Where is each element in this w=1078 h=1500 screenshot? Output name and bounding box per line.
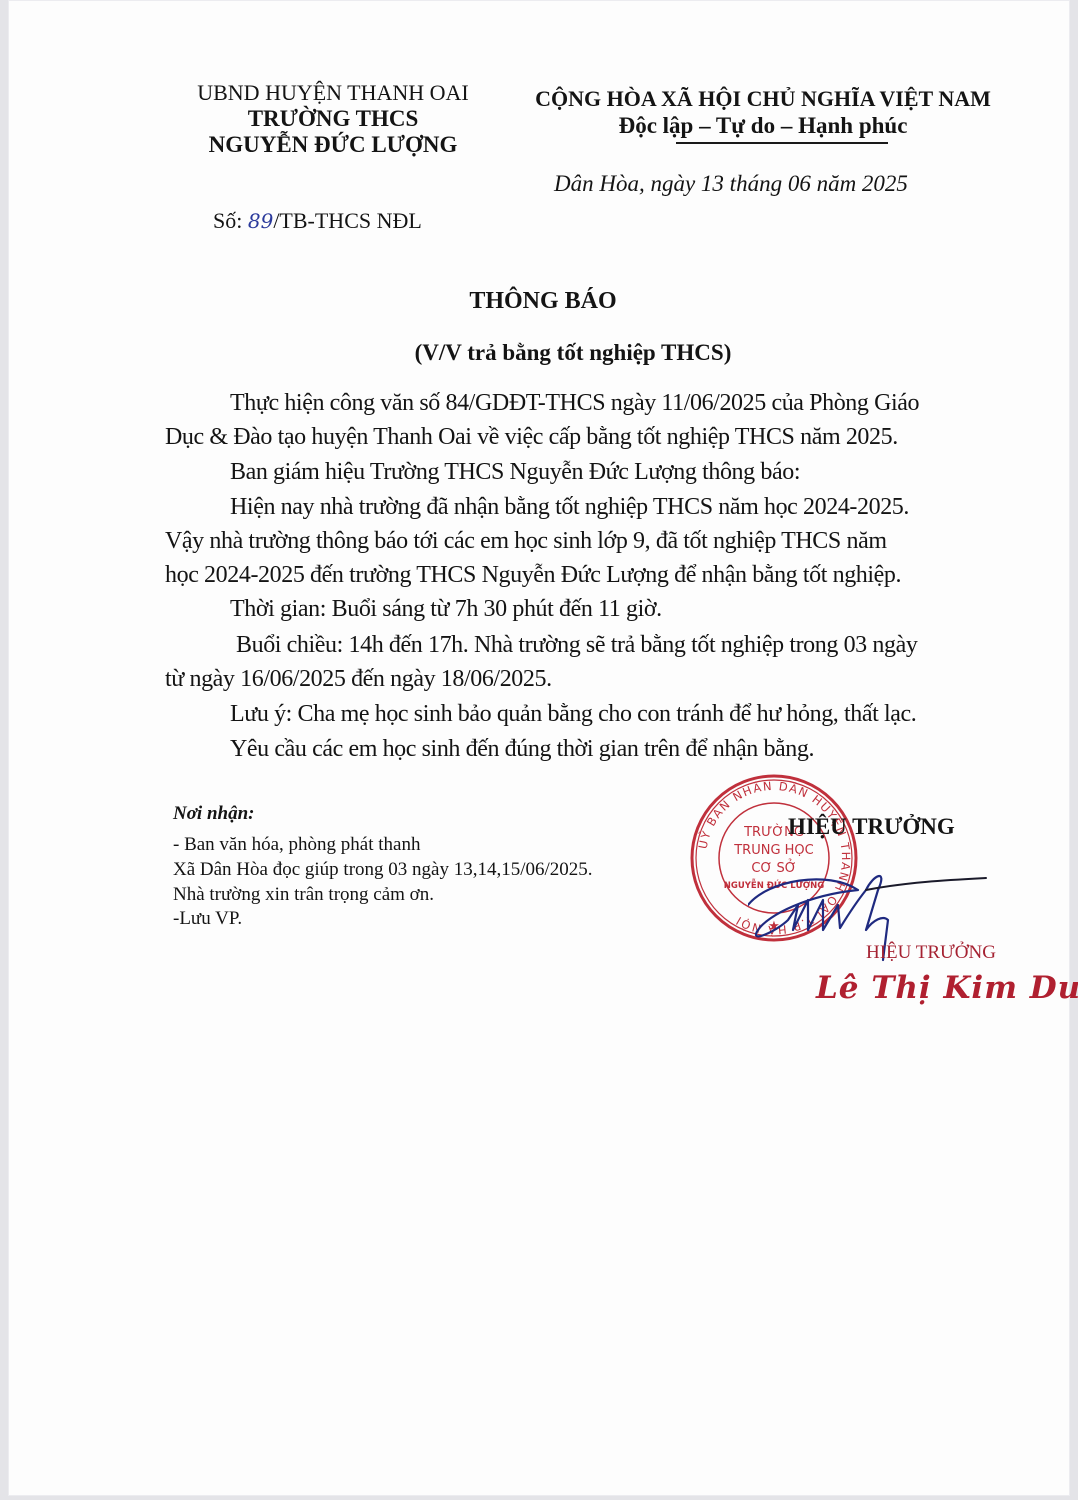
document-number-label: Số: xyxy=(213,208,248,233)
svg-text:TRUNG HỌC: TRUNG HỌC xyxy=(733,843,814,858)
body-line: từ ngày 16/06/2025 đến ngày 18/06/2025. xyxy=(165,666,552,693)
school-name-line1: TRƯỜNG THCS xyxy=(188,106,478,132)
document-number-handwritten: 89 xyxy=(248,209,273,233)
signer-name: Lê Thị Kim Dung xyxy=(816,970,1078,1006)
national-title: CỘNG HÒA XÃ HỘI CHỦ NGHĨA VIỆT NAM xyxy=(523,86,1003,112)
body-line: học 2024-2025 đến trường THCS Nguyễn Đức… xyxy=(165,562,901,589)
document-page: UBND HUYỆN THANH OAI TRƯỜNG THCS NGUYỄN … xyxy=(8,0,1070,1496)
national-motto: Độc lập – Tự do – Hạnh phúc xyxy=(523,113,1003,139)
recipient-line: - Ban văn hóa, phòng phát thanh xyxy=(173,834,420,856)
position-title: HIỆU TRƯỞNG xyxy=(788,814,955,840)
place-date: Dân Hòa, ngày 13 tháng 06 năm 2025 xyxy=(554,171,908,197)
document-title: THÔNG BÁO xyxy=(8,288,1078,315)
body-line: Thời gian: Buổi sáng từ 7h 30 phút đến 1… xyxy=(230,596,662,623)
document-number-suffix: /TB-THCS NĐL xyxy=(273,208,422,233)
school-name-line2: NGUYỄN ĐỨC LƯỢNG xyxy=(188,132,478,158)
recipient-line: Nhà trường xin trân trọng cảm ơn. xyxy=(173,884,434,906)
body-line: Dục & Đào tạo huyện Thanh Oai về việc cấ… xyxy=(165,424,898,451)
body-line: Thực hiện công văn số 84/GDĐT-THCS ngày … xyxy=(230,390,919,417)
body-line: Hiện nay nhà trường đã nhận bằng tốt ngh… xyxy=(230,494,909,521)
recipients-heading: Nơi nhận: xyxy=(173,803,254,825)
document-number: Số: 89/TB-THCS NĐL xyxy=(213,208,422,234)
issuing-authority: UBND HUYỆN THANH OAI xyxy=(188,80,478,106)
recipient-line: -Lưu VP. xyxy=(173,908,242,930)
body-line: Ban giám hiệu Trường THCS Nguyễn Đức Lượ… xyxy=(230,459,800,486)
document-subtitle: (V/V trả bằng tốt nghiệp THCS) xyxy=(8,340,1078,366)
body-line: Buổi chiều: 14h đến 17h. Nhà trường sẽ t… xyxy=(236,632,917,659)
body-line: Yêu cầu các em học sinh đến đúng thời gi… xyxy=(230,736,814,763)
motto-underline xyxy=(676,142,888,144)
stamp-position-title: HIỆU TRƯỞNG xyxy=(866,942,996,964)
recipient-line: Xã Dân Hòa đọc giúp trong 03 ngày 13,14,… xyxy=(173,859,593,881)
body-line: Vậy nhà trường thông báo tới các em học … xyxy=(165,528,887,555)
body-line: Lưu ý: Cha mẹ học sinh bảo quản bằng cho… xyxy=(230,701,916,728)
